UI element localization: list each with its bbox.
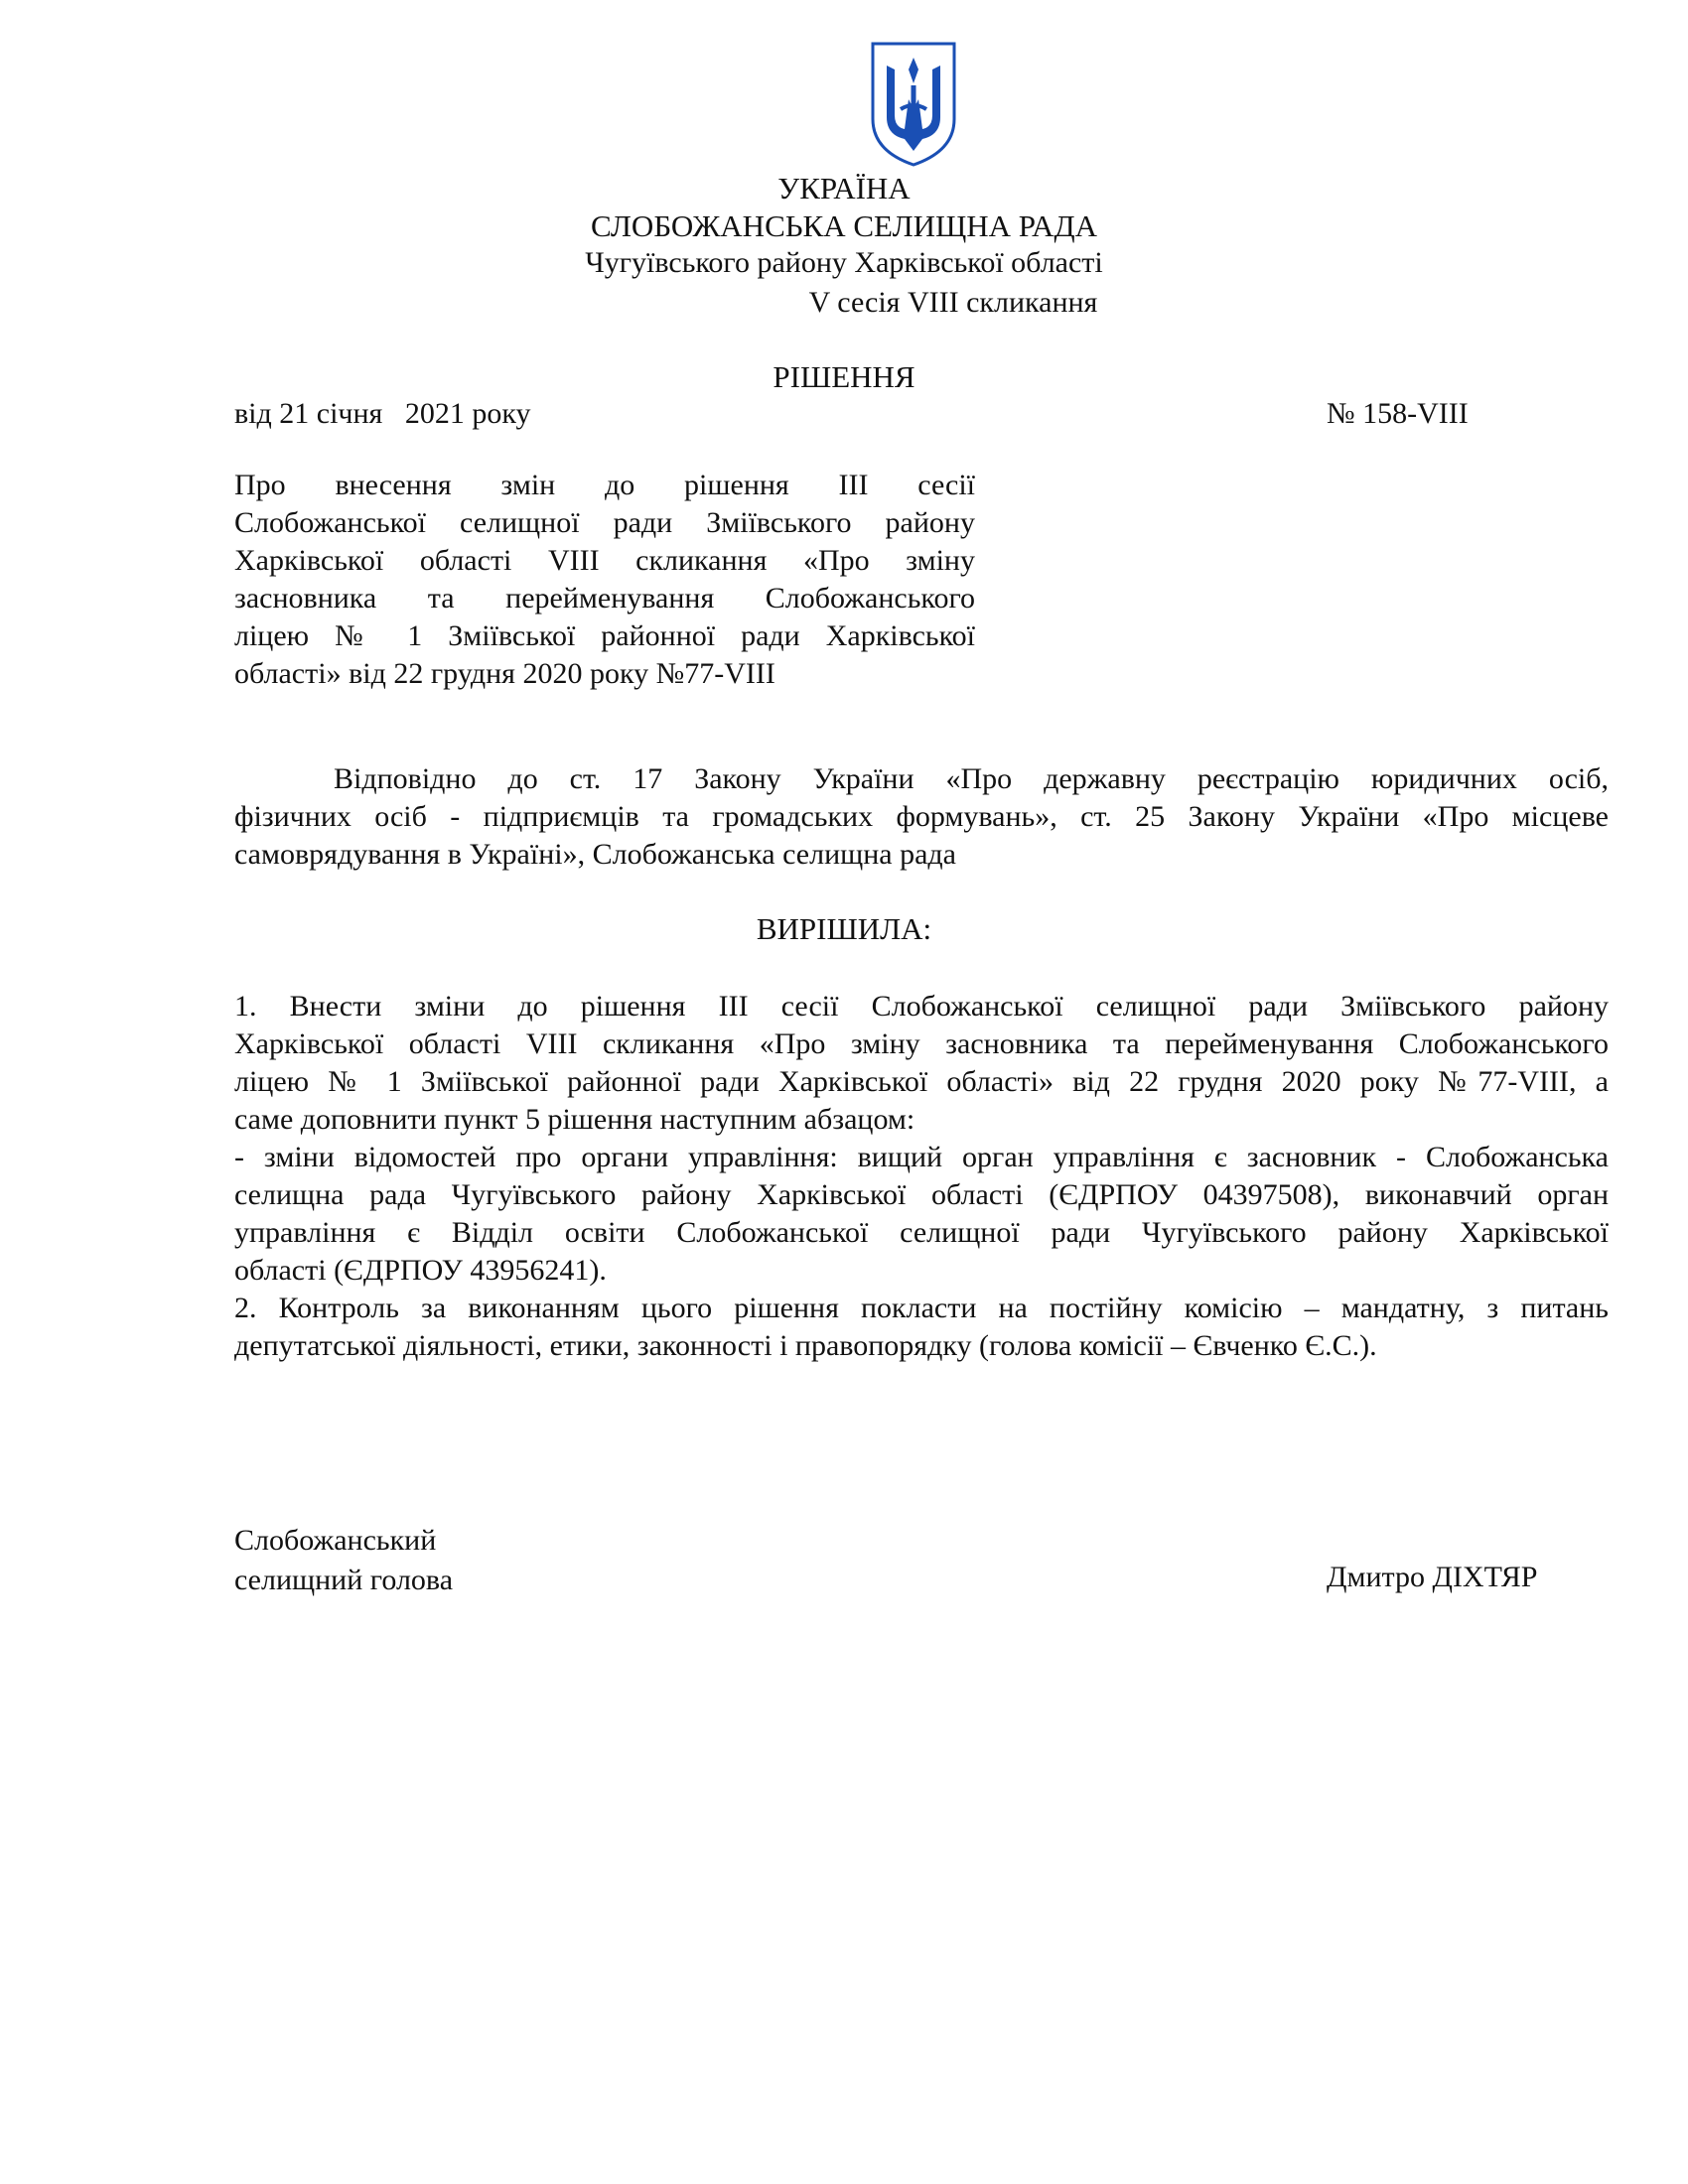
item-line: ліцею № 1 Зміївської районної ради Харкі… [234,1063,1609,1101]
item-line: управління є Відділ освіти Слобожанської… [234,1214,1609,1252]
signatory-title: Слобожанський селищний голова [234,1521,453,1600]
document-number: № 158-VIII [1327,397,1469,431]
preamble-line: Відповідно до ст. 17 Закону України «Про… [234,760,1609,798]
item-line: області (ЄДРПОУ 43956241). [234,1252,1609,1290]
session-heading: V сесія VIII скликання [109,286,1688,320]
signatory-name: Дмитро ДІХТЯР [1327,1561,1537,1594]
subject-line: ліцею № 1 Зміївської районної ради Харкі… [234,617,975,655]
subject-line: Слобожанської селищної ради Зміївського … [234,504,975,542]
ukraine-trident-coat-of-arms-icon [869,40,958,169]
decided-heading: ВИРІШИЛА: [0,911,1688,947]
subject-line: Харківської області VIII скликання «Про … [234,542,975,580]
document-type-title: РІШЕННЯ [0,359,1688,395]
subject-line: засновника та перейменування Слобожанськ… [234,580,975,617]
district-heading: Чугуївського району Харківської області [0,246,1688,280]
item-line: 2. Контроль за виконанням цього рішення … [234,1290,1609,1327]
signatory-title-line: Слобожанський [234,1521,453,1561]
decision-items: 1. Внести зміни до рішення ІІІ сесії Сло… [234,988,1609,1365]
preamble-line: фізичних осіб - підприємців та громадськ… [234,798,1609,836]
preamble-paragraph: Відповідно до ст. 17 Закону України «Про… [234,760,1609,874]
document-date: від 21 січня 2021 року [234,397,531,431]
document-subject: Про внесення змін до рішення ІІІ сесії С… [234,467,975,693]
council-heading: СЛОБОЖАНСЬКА СЕЛИЩНА РАДА [0,208,1688,244]
subject-line: Про внесення змін до рішення ІІІ сесії [234,467,975,504]
item-line: селищна рада Чугуївського району Харківс… [234,1176,1609,1214]
item-line: Харківської області VIII скликання «Про … [234,1025,1609,1063]
preamble-line: самоврядування в Україні», Слобожанська … [234,836,1609,874]
item-line: 1. Внести зміни до рішення ІІІ сесії Сло… [234,988,1609,1025]
item-line: саме доповнити пункт 5 рішення наступним… [234,1101,1609,1139]
item-line: - зміни відомостей про органи управління… [234,1139,1609,1176]
subject-line: області» від 22 грудня 2020 року №77-VII… [234,655,975,693]
signatory-title-line: селищний голова [234,1561,453,1600]
item-line: депутатської діяльності, етики, законнос… [234,1327,1609,1365]
country-heading: УКРАЇНА [0,171,1688,206]
document-page: УКРАЇНА СЛОБОЖАНСЬКА СЕЛИЩНА РАДА Чугуїв… [0,0,1688,2184]
